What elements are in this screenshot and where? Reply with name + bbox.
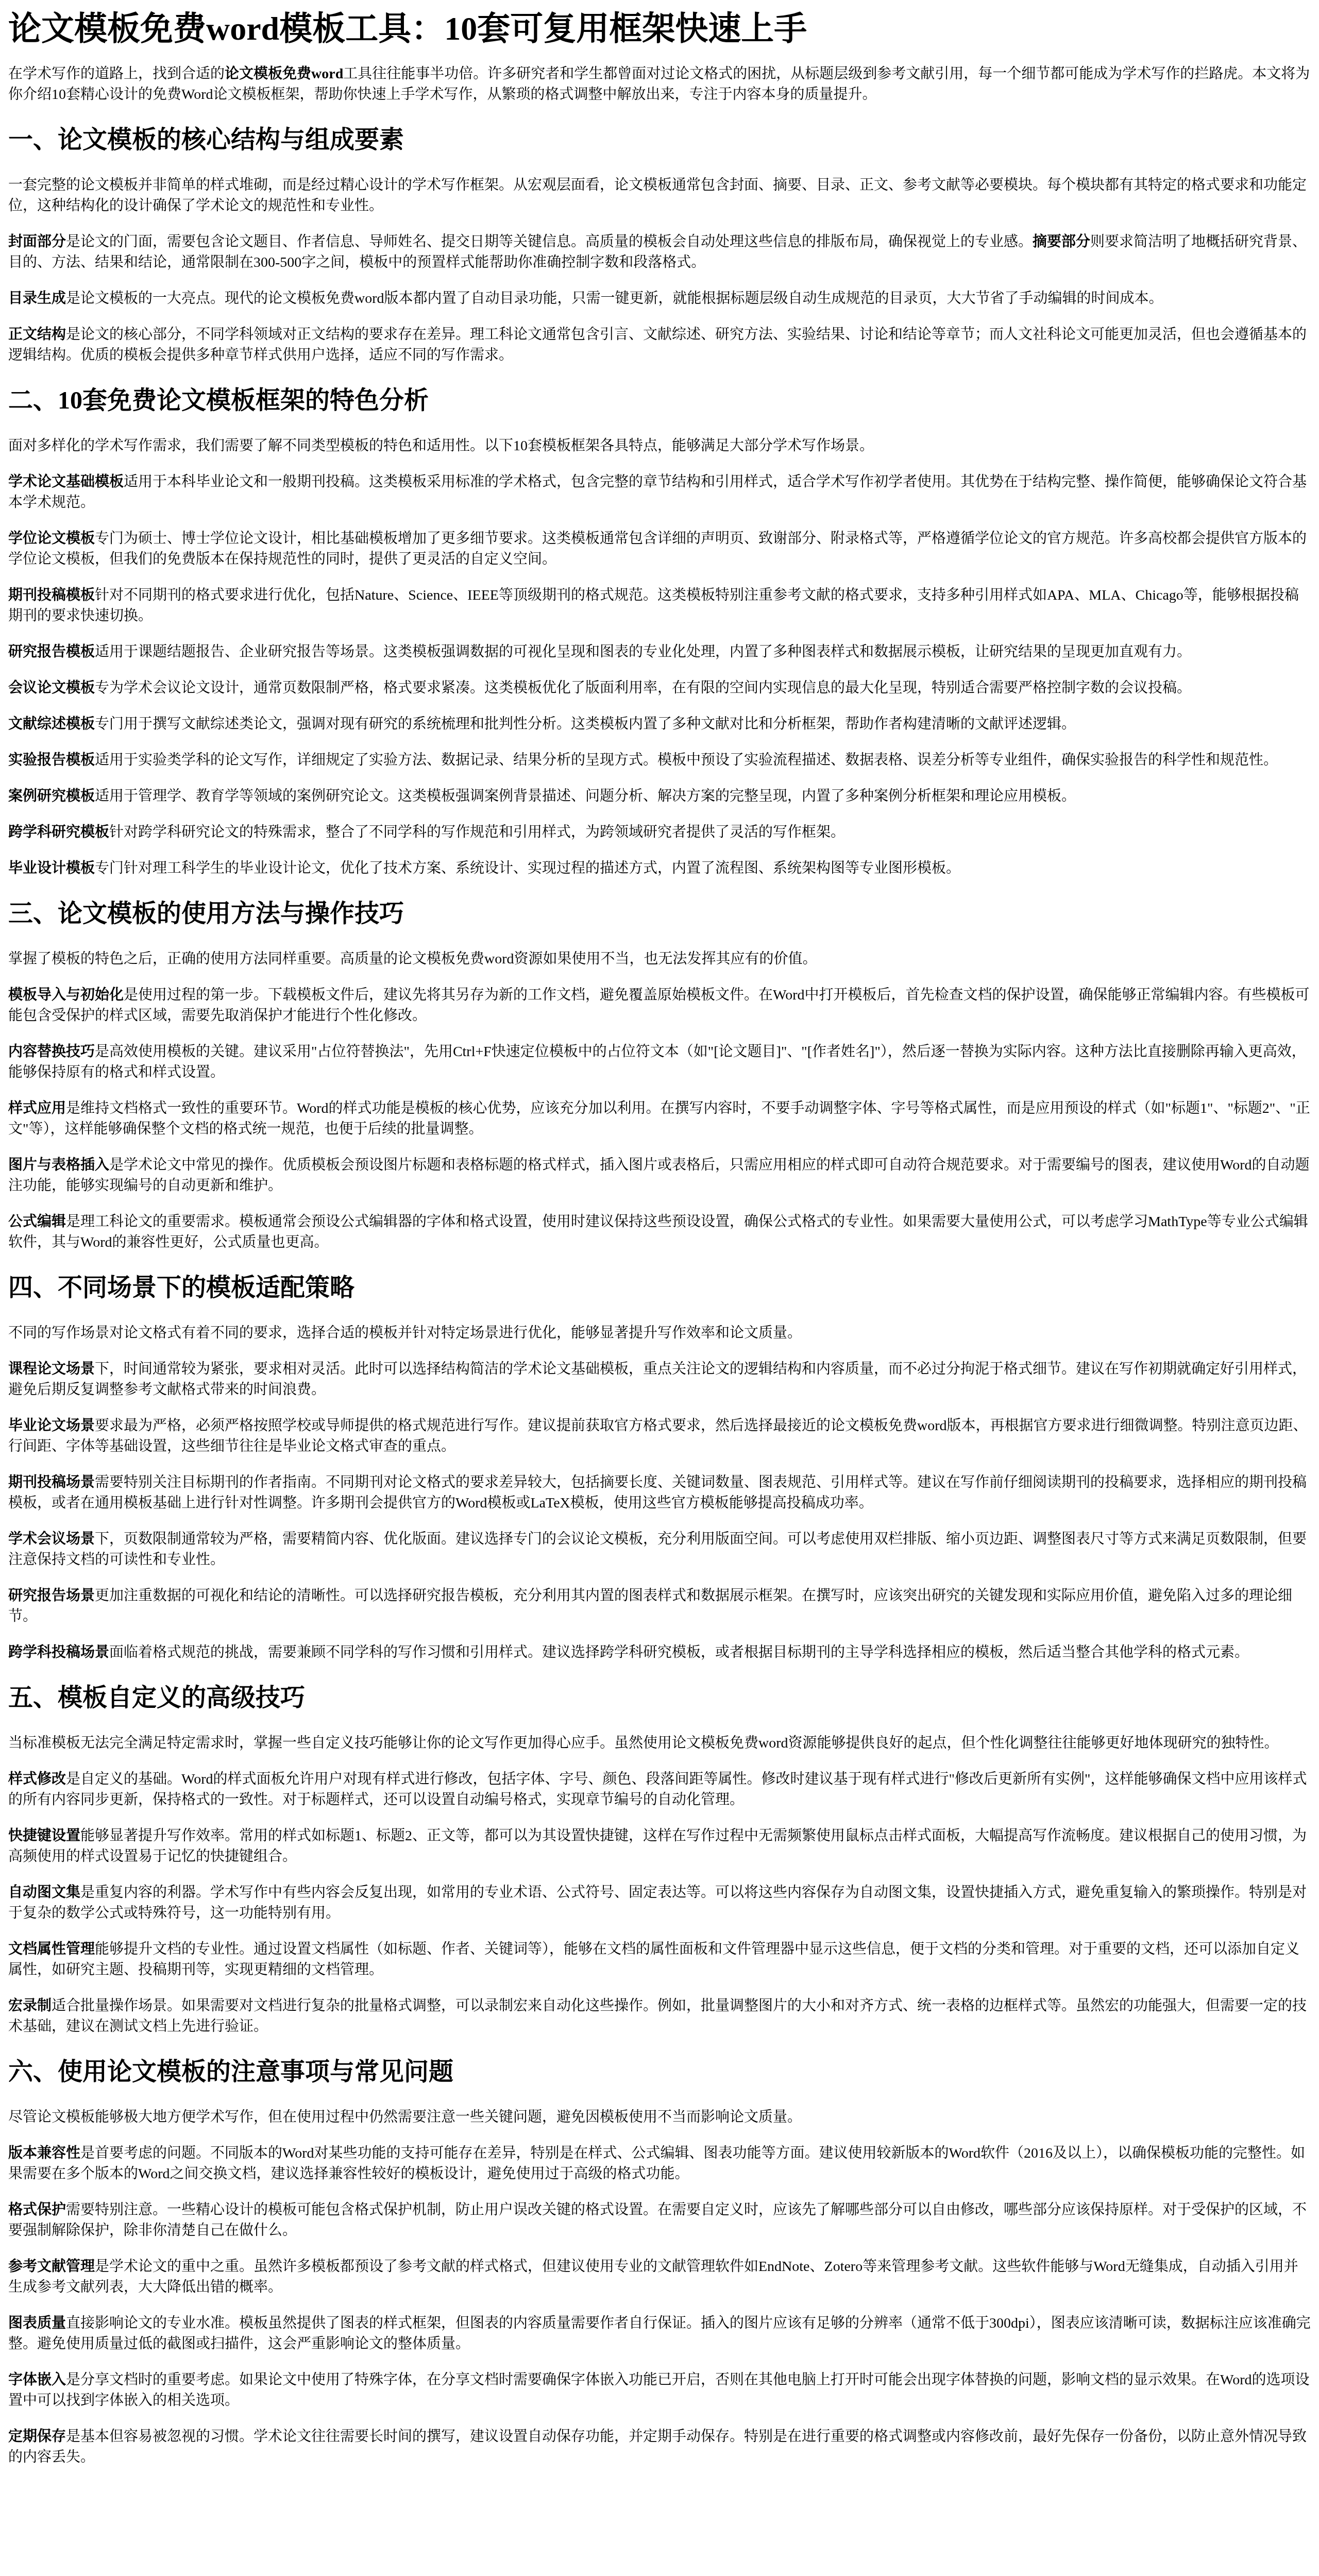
paragraph-lead-term: 封面部分 — [8, 234, 66, 250]
section-paragraph: 实验报告模板适用于实验类学科的论文写作，详细规定了实验方法、数据记录、结果分析的… — [8, 750, 1311, 771]
paragraph-text: 适用于本科毕业论文和一般期刊投稿。这类模板采用标准的学术格式，包含完整的章节结构… — [8, 474, 1307, 511]
section-paragraph: 不同的写作场景对论文格式有着不同的要求，选择合适的模板并针对特定场景进行优化，能… — [8, 1323, 1311, 1344]
paragraph-text: 是基本但容易被忽视的习惯。学术论文往往需要长时间的撰写，建议设置自动保存功能，并… — [8, 2429, 1307, 2465]
paragraph-text: 能够显著提升写作效率。常用的样式如标题1、标题2、正文等，都可以为其设置快捷键，… — [8, 1828, 1307, 1865]
paragraph-lead-term: 学位论文模板 — [8, 531, 95, 547]
paragraph-text: 适用于管理学、教育学等领域的案例研究论文。这类模板强调案例背景描述、问题分析、解… — [95, 788, 1076, 804]
section-paragraph: 定期保存是基本但容易被忽视的习惯。学术论文往往需要长时间的撰写，建议设置自动保存… — [8, 2427, 1311, 2468]
paragraph-text: 是分享文档时的重要考虑。如果论文中使用了特殊字体，在分享文档时需要确保字体嵌入功… — [8, 2372, 1310, 2409]
paragraph-lead-term: 字体嵌入 — [8, 2372, 66, 2388]
section-paragraph: 当标准模板无法完全满足特定需求时，掌握一些自定义技巧能够让你的论文写作更加得心应… — [8, 1733, 1311, 1754]
paragraph-text: 需要特别关注目标期刊的作者指南。不同期刊对论文格式的要求差异较大，包括摘要长度、… — [8, 1475, 1307, 1511]
paragraph-lead-term: 格式保护 — [8, 2202, 66, 2218]
section-paragraph: 字体嵌入是分享文档时的重要考虑。如果论文中使用了特殊字体，在分享文档时需要确保字… — [8, 2370, 1311, 2411]
paragraph-lead-term: 版本兼容性 — [8, 2145, 80, 2161]
paragraph-lead-term: 参考文献管理 — [8, 2259, 95, 2275]
section-paragraph: 文档属性管理能够提升文档的专业性。通过设置文档属性（如标题、作者、关键词等），能… — [8, 1939, 1311, 1980]
paragraph-lead-term: 正文结构 — [8, 327, 66, 343]
section-paragraph: 一套完整的论文模板并非简单的样式堆砌，而是经过精心设计的学术写作框架。从宏观层面… — [8, 175, 1311, 216]
paragraph-text: 是维持文档格式一致性的重要环节。Word的样式功能是模板的核心优势，应该充分加以… — [8, 1100, 1310, 1137]
paragraph-text: 是高效使用模板的关键。建议采用"占位符替换法"，先用Ctrl+F快速定位模板中的… — [8, 1044, 1306, 1080]
paragraph-lead-term: 目录生成 — [8, 291, 66, 307]
section-paragraph: 封面部分是论文的门面，需要包含论文题目、作者信息、导师姓名、提交日期等关键信息。… — [8, 232, 1311, 273]
paragraph-lead-term: 样式修改 — [8, 1771, 66, 1787]
section-paragraph: 内容替换技巧是高效使用模板的关键。建议采用"占位符替换法"，先用Ctrl+F快速… — [8, 1042, 1311, 1083]
paragraph-text: 适用于课题结题报告、企业研究报告等场景。这类模板强调数据的可视化呈现和图表的专业… — [95, 644, 1191, 660]
paragraph-lead-term: 跨学科投稿场景 — [8, 1645, 109, 1660]
paragraph-text: 掌握了模板的特色之后，正确的使用方法同样重要。高质量的论文模板免费word资源如… — [8, 951, 817, 967]
section-heading: 四、不同场景下的模板适配策略 — [8, 1274, 1311, 1302]
paragraph-text: 是论文模板的一大亮点。现代的论文模板免费word版本都内置了自动目录功能，只需一… — [66, 291, 1163, 307]
paragraph-text: 一套完整的论文模板并非简单的样式堆砌，而是经过精心设计的学术写作框架。从宏观层面… — [8, 177, 1307, 214]
section-paragraph: 文献综述模板专门用于撰写文献综述类论文，强调对现有研究的系统梳理和批判性分析。这… — [8, 714, 1311, 735]
section-paragraph: 案例研究模板适用于管理学、教育学等领域的案例研究论文。这类模板强调案例背景描述、… — [8, 786, 1311, 807]
paragraph-text: 是理工科论文的重要需求。模板通常会预设公式编辑器的字体和格式设置，使用时建议保持… — [8, 1214, 1308, 1250]
section-heading: 一、论文模板的核心结构与组成要素 — [8, 126, 1311, 155]
paragraph-text: 面对多样化的学术写作需求，我们需要了解不同类型模板的特色和适用性。以下10套模板… — [8, 438, 874, 454]
section-paragraph: 公式编辑是理工科论文的重要需求。模板通常会预设公式编辑器的字体和格式设置，使用时… — [8, 1212, 1311, 1253]
section-heading: 五、模板自定义的高级技巧 — [8, 1684, 1311, 1713]
paragraph-lead-term: 自动图文集 — [8, 1885, 80, 1901]
paragraph-lead-term: 模板导入与初始化 — [8, 987, 124, 1003]
paragraph-text: 适用于实验类学科的论文写作，详细规定了实验方法、数据记录、结果分析的呈现方式。模… — [95, 752, 1278, 768]
paragraph-text: 是首要考虑的问题。不同版本的Word对某些功能的支持可能存在差异，特别是在样式、… — [8, 2145, 1305, 2182]
sections-container: 一、论文模板的核心结构与组成要素一套完整的论文模板并非简单的样式堆砌，而是经过精… — [8, 126, 1311, 2468]
paragraph-text: 针对跨学科研究论文的特殊需求，整合了不同学科的写作规范和引用样式，为跨领域研究者… — [109, 824, 845, 840]
paragraph-text: 针对不同期刊的格式要求进行优化，包括Nature、Science、IEEE等顶级… — [8, 587, 1299, 624]
paragraph-lead-term: 期刊投稿场景 — [8, 1475, 95, 1490]
paragraph-lead-term: 课程论文场景 — [8, 1361, 95, 1377]
paragraph-lead-term: 宏录制 — [8, 1998, 52, 2014]
paragraph-text: 更加注重数据的可视化和结论的清晰性。可以选择研究报告模板，充分利用其内置的图表样… — [8, 1588, 1292, 1624]
section-paragraph: 期刊投稿场景需要特别关注目标期刊的作者指南。不同期刊对论文格式的要求差异较大，包… — [8, 1472, 1311, 1514]
paragraph-text: 是学术论文的重中之重。虽然许多模板都预设了参考文献的样式格式，但建议使用专业的文… — [8, 2259, 1298, 2295]
intro-keyword: 论文模板免费word — [225, 66, 343, 82]
paragraph-lead-term: 文献综述模板 — [8, 716, 95, 732]
paragraph-text: 专为学术会议论文设计，通常页数限制严格，格式要求紧凑。这类模板优化了版面利用率，… — [95, 680, 1191, 696]
paragraph-text: 是学术论文中常见的操作。优质模板会预设图片标题和表格标题的格式样式，插入图片或表… — [8, 1157, 1310, 1194]
section-paragraph: 学位论文模板专门为硕士、博士学位论文设计，相比基础模板增加了更多细节要求。这类模… — [8, 529, 1311, 570]
section-paragraph: 自动图文集是重复内容的利器。学术写作中有些内容会反复出现，如常用的专业术语、公式… — [8, 1883, 1311, 1924]
section-paragraph: 尽管论文模板能够极大地方便学术写作，但在使用过程中仍然需要注意一些关键问题，避免… — [8, 2107, 1311, 2128]
paragraph-lead-term: 学术会议场景 — [8, 1531, 95, 1547]
section-paragraph: 掌握了模板的特色之后，正确的使用方法同样重要。高质量的论文模板免费word资源如… — [8, 949, 1311, 970]
section-paragraph: 学术会议场景下，页数限制通常较为严格，需要精简内容、优化版面。建议选择专门的会议… — [8, 1529, 1311, 1570]
section-paragraph: 参考文献管理是学术论文的重中之重。虽然许多模板都预设了参考文献的样式格式，但建议… — [8, 2257, 1311, 2298]
section-paragraph: 跨学科投稿场景面临着格式规范的挑战，需要兼顾不同学科的写作习惯和引用样式。建议选… — [8, 1642, 1311, 1663]
paragraph-lead-term: 毕业设计模板 — [8, 860, 95, 876]
section-paragraph: 格式保护需要特别注意。一些精心设计的模板可能包含格式保护机制，防止用户误改关键的… — [8, 2200, 1311, 2241]
paragraph-text: 需要特别注意。一些精心设计的模板可能包含格式保护机制，防止用户误改关键的格式设置… — [8, 2202, 1307, 2239]
article-title: 论文模板免费word模板工具：10套可复用框架快速上手 — [8, 0, 1311, 48]
paragraph-lead-term: 快捷键设置 — [8, 1828, 80, 1844]
paragraph-lead-term: 研究报告模板 — [8, 644, 95, 660]
paragraph-lead-term: 学术论文基础模板 — [8, 474, 124, 490]
intro-paragraph: 在学术写作的道路上，找到合适的论文模板免费word工具往往能事半功倍。许多研究者… — [8, 64, 1311, 105]
section-paragraph: 毕业设计模板专门针对理工科学生的毕业设计论文，优化了技术方案、系统设计、实现过程… — [8, 858, 1311, 879]
section-paragraph: 图片与表格插入是学术论文中常见的操作。优质模板会预设图片标题和表格标题的格式样式… — [8, 1155, 1311, 1196]
paragraph-lead-term: 文档属性管理 — [8, 1941, 95, 1957]
paragraph-lead-term: 样式应用 — [8, 1100, 66, 1116]
section-paragraph: 跨学科研究模板针对跨学科研究论文的特殊需求，整合了不同学科的写作规范和引用样式，… — [8, 822, 1311, 843]
intro-text-pre: 在学术写作的道路上，找到合适的 — [8, 66, 225, 82]
section-paragraph: 快捷键设置能够显著提升写作效率。常用的样式如标题1、标题2、正文等，都可以为其设… — [8, 1826, 1311, 1867]
paragraph-text: 下，页数限制通常较为严格，需要精简内容、优化版面。建议选择专门的会议论文模板，充… — [8, 1531, 1307, 1568]
section-paragraph: 研究报告模板适用于课题结题报告、企业研究报告等场景。这类模板强调数据的可视化呈现… — [8, 642, 1311, 663]
section-paragraph: 正文结构是论文的核心部分，不同学科领域对正文结构的要求存在差异。理工科论文通常包… — [8, 325, 1311, 366]
section-heading: 二、10套免费论文模板框架的特色分析 — [8, 386, 1311, 415]
paragraph-lead-term: 摘要部分 — [1033, 234, 1090, 250]
paragraph-lead-term: 实验报告模板 — [8, 752, 95, 768]
paragraph-text: 下，时间通常较为紧张，要求相对灵活。此时可以选择结构简洁的学术论文基础模板，重点… — [8, 1361, 1307, 1398]
section-paragraph: 目录生成是论文模板的一大亮点。现代的论文模板免费word版本都内置了自动目录功能… — [8, 289, 1311, 309]
section-paragraph: 面对多样化的学术写作需求，我们需要了解不同类型模板的特色和适用性。以下10套模板… — [8, 436, 1311, 456]
section-paragraph: 模板导入与初始化是使用过程的第一步。下载模板文件后，建议先将其另存为新的工作文档… — [8, 985, 1311, 1026]
section-paragraph: 学术论文基础模板适用于本科毕业论文和一般期刊投稿。这类模板采用标准的学术格式，包… — [8, 472, 1311, 513]
article: 论文模板免费word模板工具：10套可复用框架快速上手 在学术写作的道路上，找到… — [0, 0, 1319, 2468]
section-paragraph: 研究报告场景更加注重数据的可视化和结论的清晰性。可以选择研究报告模板，充分利用其… — [8, 1586, 1311, 1627]
section-paragraph: 会议论文模板专为学术会议论文设计，通常页数限制严格，格式要求紧凑。这类模板优化了… — [8, 678, 1311, 699]
paragraph-text: 能够提升文档的专业性。通过设置文档属性（如标题、作者、关键词等），能够在文档的属… — [8, 1941, 1299, 1978]
paragraph-lead-term: 毕业论文场景 — [8, 1418, 95, 1434]
paragraph-text: 是论文的核心部分，不同学科领域对正文结构的要求存在差异。理工科论文通常包含引言、… — [8, 327, 1307, 363]
paragraph-text: 专门针对理工科学生的毕业设计论文，优化了技术方案、系统设计、实现过程的描述方式，… — [95, 860, 960, 876]
section-paragraph: 样式应用是维持文档格式一致性的重要环节。Word的样式功能是模板的核心优势，应该… — [8, 1098, 1311, 1140]
section-paragraph: 期刊投稿模板针对不同期刊的格式要求进行优化，包括Nature、Science、I… — [8, 585, 1311, 626]
paragraph-text: 是重复内容的利器。学术写作中有些内容会反复出现，如常用的专业术语、公式符号、固定… — [8, 1885, 1307, 1921]
paragraph-text: 是使用过程的第一步。下载模板文件后，建议先将其另存为新的工作文档，避免覆盖原始模… — [8, 987, 1310, 1024]
paragraph-lead-term: 跨学科研究模板 — [8, 824, 109, 840]
paragraph-lead-term: 图表质量 — [8, 2315, 66, 2331]
paragraph-lead-term: 会议论文模板 — [8, 680, 95, 696]
paragraph-text: 专门为硕士、博士学位论文设计，相比基础模板增加了更多细节要求。这类模板通常包含详… — [8, 531, 1307, 567]
paragraph-text: 当标准模板无法完全满足特定需求时，掌握一些自定义技巧能够让你的论文写作更加得心应… — [8, 1735, 1279, 1751]
section-paragraph: 宏录制适合批量操作场景。如果需要对文档进行复杂的批量格式调整，可以录制宏来自动化… — [8, 1996, 1311, 2037]
paragraph-text: 尽管论文模板能够极大地方便学术写作，但在使用过程中仍然需要注意一些关键问题，避免… — [8, 2109, 802, 2125]
paragraph-lead-term: 图片与表格插入 — [8, 1157, 109, 1173]
section-paragraph: 图表质量直接影响论文的专业水准。模板虽然提供了图表的样式框架，但图表的内容质量需… — [8, 2313, 1311, 2354]
section-paragraph: 毕业论文场景要求最为严格，必须严格按照学校或导师提供的格式规范进行写作。建议提前… — [8, 1416, 1311, 1457]
section-paragraph: 样式修改是自定义的基础。Word的样式面板允许用户对现有样式进行修改，包括字体、… — [8, 1769, 1311, 1810]
paragraph-lead-term: 公式编辑 — [8, 1214, 66, 1230]
paragraph-text: 是论文的门面，需要包含论文题目、作者信息、导师姓名、提交日期等关键信息。高质量的… — [66, 234, 1033, 250]
paragraph-text: 面临着格式规范的挑战，需要兼顾不同学科的写作习惯和引用样式。建议选择跨学科研究模… — [109, 1645, 1249, 1660]
paragraph-lead-term: 期刊投稿模板 — [8, 587, 95, 603]
paragraph-text: 专门用于撰写文献综述类论文，强调对现有研究的系统梳理和批判性分析。这类模板内置了… — [95, 716, 1076, 732]
section-heading: 六、使用论文模板的注意事项与常见问题 — [8, 2058, 1311, 2087]
paragraph-text: 直接影响论文的专业水准。模板虽然提供了图表的样式框架，但图表的内容质量需要作者自… — [8, 2315, 1311, 2352]
section-paragraph: 版本兼容性是首要考虑的问题。不同版本的Word对某些功能的支持可能存在差异，特别… — [8, 2143, 1311, 2184]
section-heading: 三、论文模板的使用方法与操作技巧 — [8, 900, 1311, 928]
paragraph-text: 适合批量操作场景。如果需要对文档进行复杂的批量格式调整，可以录制宏来自动化这些操… — [8, 1998, 1307, 2035]
paragraph-lead-term: 定期保存 — [8, 2429, 66, 2445]
paragraph-lead-term: 研究报告场景 — [8, 1588, 95, 1604]
paragraph-text: 要求最为严格，必须严格按照学校或导师提供的格式规范进行写作。建议提前获取官方格式… — [8, 1418, 1308, 1454]
paragraph-text: 不同的写作场景对论文格式有着不同的要求，选择合适的模板并针对特定场景进行优化，能… — [8, 1325, 802, 1341]
paragraph-text: 是自定义的基础。Word的样式面板允许用户对现有样式进行修改，包括字体、字号、颜… — [8, 1771, 1307, 1808]
section-paragraph: 课程论文场景下，时间通常较为紧张，要求相对灵活。此时可以选择结构简洁的学术论文基… — [8, 1359, 1311, 1400]
paragraph-lead-term: 内容替换技巧 — [8, 1044, 95, 1060]
paragraph-lead-term: 案例研究模板 — [8, 788, 95, 804]
